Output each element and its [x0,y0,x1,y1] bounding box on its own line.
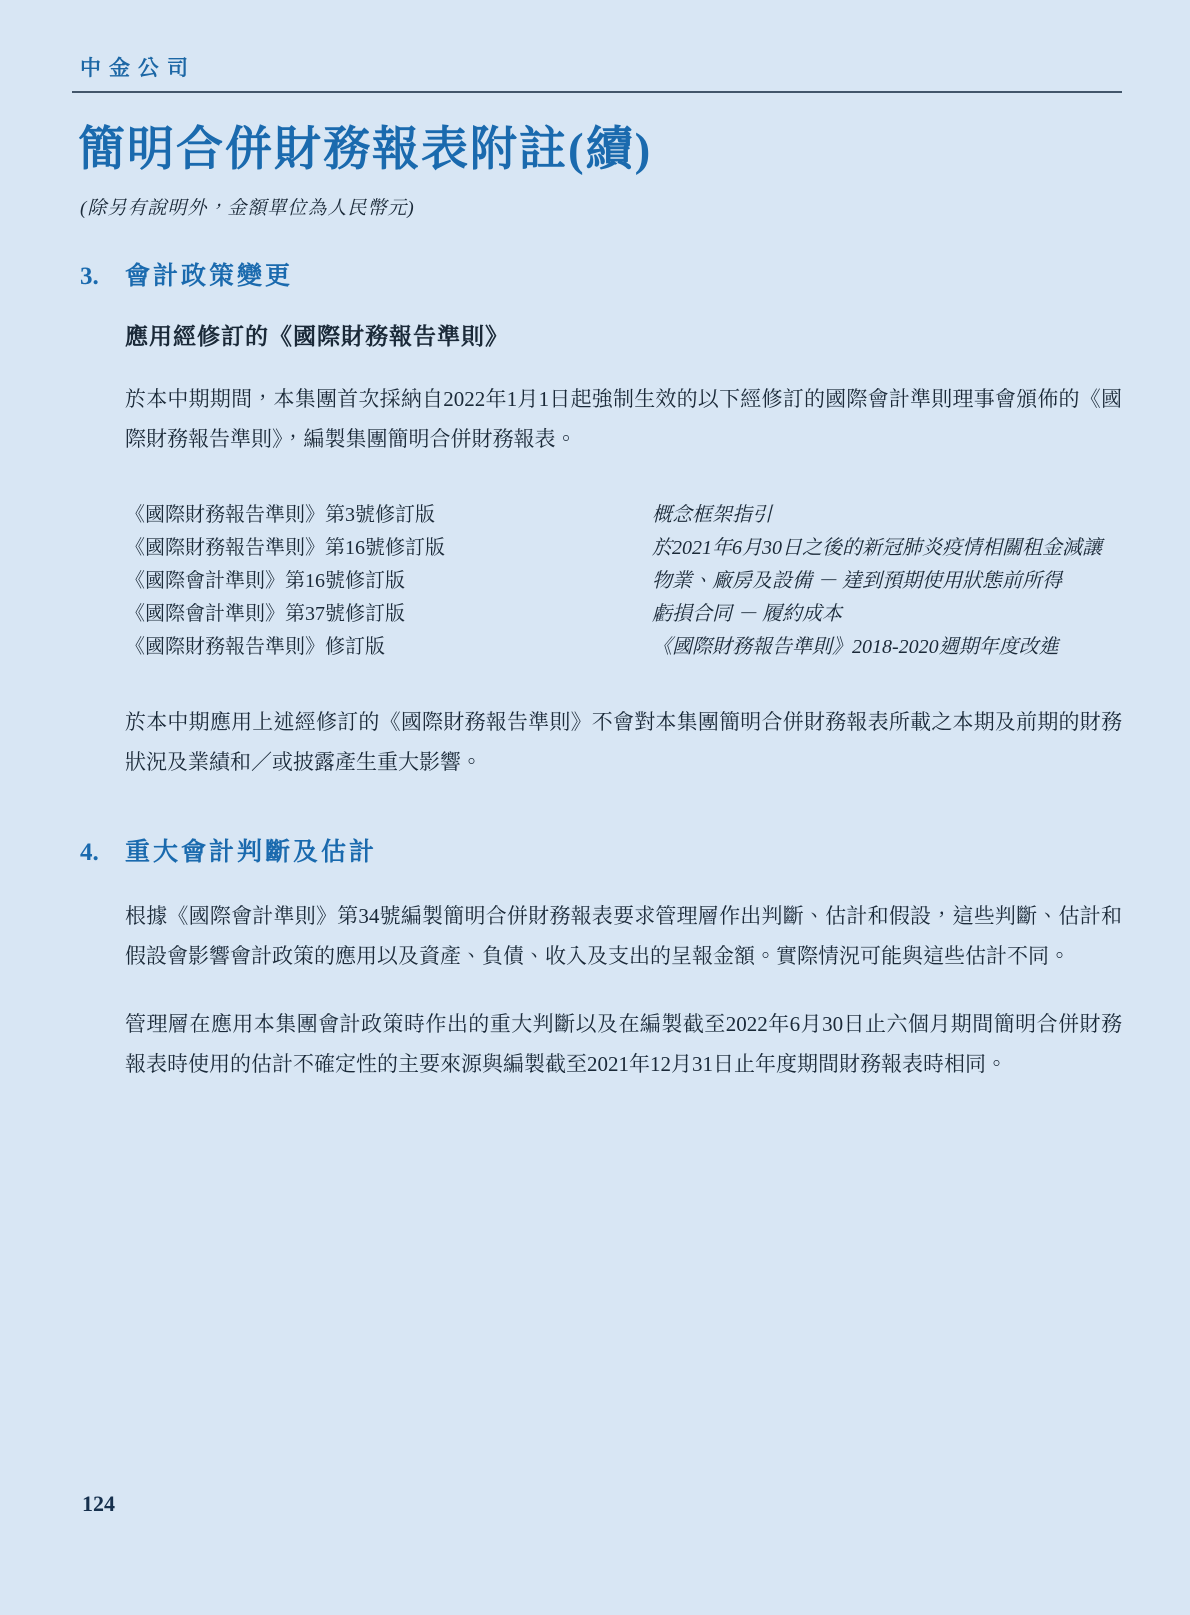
standard-row: 《國際財務報告準則》第3號修訂版 概念框架指引 [125,499,1122,532]
section-3-paragraph-2: 於本中期應用上述經修訂的《國際財務報告準則》不會對本集團簡明合併財務報表所載之本… [125,702,1122,782]
brand-name: 中金公司 [80,52,1122,82]
section-3-paragraph-1: 於本中期期間，本集團首次採納自2022年1月1日起強制生效的以下經修訂的國際會計… [125,379,1122,459]
standard-description: 《國際財務報告準則》2018-2020週期年度改進 [652,631,1122,664]
section-3-number: 3. [80,263,125,291]
standard-name: 《國際財務報告準則》第16號修訂版 [125,532,652,565]
section-3-body: 應用經修訂的《國際財務報告準則》 於本中期期間，本集團首次採納自2022年1月1… [125,318,1122,782]
section-4-paragraph-1: 根據《國際會計準則》第34號編製簡明合併財務報表要求管理層作出判斷、估計和假設，… [125,896,1122,976]
section-4-paragraph-2: 管理層在應用本集團會計政策時作出的重大判斷以及在編製截至2022年6月30日止六… [125,1004,1122,1084]
standard-name: 《國際財務報告準則》第3號修訂版 [125,499,652,532]
section-3-title: 會計政策變更 [125,256,293,292]
standard-row: 《國際財務報告準則》第16號修訂版 於2021年6月30日之後的新冠肺炎疫情相關… [125,532,1122,565]
standard-name: 《國際財務報告準則》修訂版 [125,631,652,664]
section-4-heading: 4. 重大會計判斷及估計 [80,832,1122,868]
currency-note: (除另有說明外，金額單位為人民幣元) [80,193,1122,220]
standard-description: 虧損合同 － 履約成本 [652,598,1122,631]
section-3-heading: 3. 會計政策變更 [80,256,1122,292]
section-accounting-policy-changes: 3. 會計政策變更 應用經修訂的《國際財務報告準則》 於本中期期間，本集團首次採… [80,256,1122,782]
standard-row: 《國際會計準則》第37號修訂版 虧損合同 － 履約成本 [125,598,1122,631]
document-page: 中金公司 簡明合併財務報表附註(續) (除另有說明外，金額單位為人民幣元) 3.… [0,0,1190,1615]
standard-description: 概念框架指引 [652,499,1122,532]
section-4-number: 4. [80,839,125,867]
standard-description: 物業、廠房及設備 － 達到預期使用狀態前所得 [652,565,1122,598]
page-header: 中金公司 [80,52,1122,93]
section-3-subheading: 應用經修訂的《國際財務報告準則》 [125,318,1122,351]
standard-name: 《國際會計準則》第16號修訂版 [125,565,652,598]
standards-list: 《國際財務報告準則》第3號修訂版 概念框架指引 《國際財務報告準則》第16號修訂… [125,499,1122,664]
section-significant-judgements: 4. 重大會計判斷及估計 根據《國際會計準則》第34號編製簡明合併財務報表要求管… [80,832,1122,1084]
page-number: 124 [82,1491,115,1516]
page-title: 簡明合併財務報表附註(續) [78,123,1122,177]
standard-row: 《國際財務報告準則》修訂版 《國際財務報告準則》2018-2020週期年度改進 [125,631,1122,664]
standard-row: 《國際會計準則》第16號修訂版 物業、廠房及設備 － 達到預期使用狀態前所得 [125,565,1122,598]
standard-name: 《國際會計準則》第37號修訂版 [125,598,652,631]
section-4-title: 重大會計判斷及估計 [125,832,377,868]
standard-description: 於2021年6月30日之後的新冠肺炎疫情相關租金減讓 [652,532,1122,565]
page-footer: 124 [82,1491,115,1517]
header-rule [72,91,1122,93]
section-4-body: 根據《國際會計準則》第34號編製簡明合併財務報表要求管理層作出判斷、估計和假設，… [125,896,1122,1084]
